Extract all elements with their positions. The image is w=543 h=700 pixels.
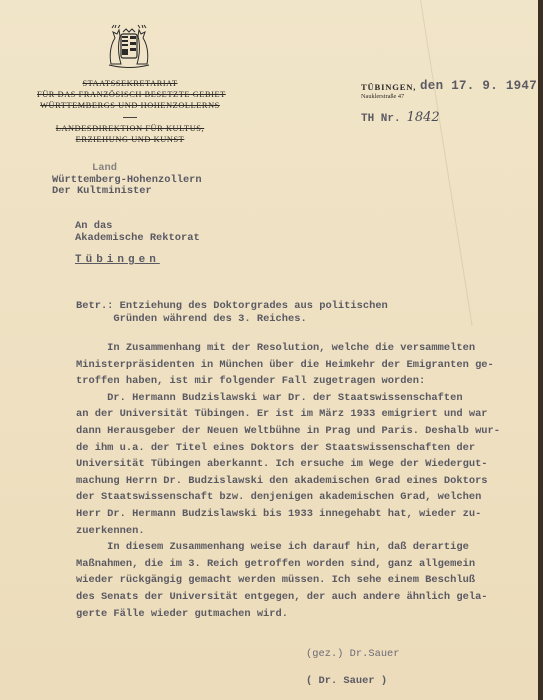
department-line-2: Erziehung und Kunst xyxy=(37,134,223,145)
body-line: de ihm u.a. der Titel eines Doktors der … xyxy=(76,440,516,457)
body-line: In diesem Zusammenhang weise ich darauf … xyxy=(76,539,516,556)
recipient-city: Tübingen xyxy=(75,254,160,266)
reference-number: TH Nr.1842 xyxy=(361,110,440,125)
body-line: an der Universität Tübingen. Er ist im M… xyxy=(76,406,516,423)
letter-page: Staatssekretariat Für das französisch be… xyxy=(0,0,538,700)
letterhead-city: TÜBINGEN, xyxy=(361,82,416,92)
recipient-line-2: Akademische Rektorat xyxy=(75,233,200,245)
body-line: Herr Dr. Hermann Budzislawski bis 1933 i… xyxy=(76,506,516,523)
letterhead-line-3: Württembergs und Hohenzollerns xyxy=(37,100,223,111)
letterhead-line-2: Für das französisch besetzte Gebiet xyxy=(37,89,223,100)
body-line: machung Herrn Dr. Budzislawski den akade… xyxy=(76,473,516,490)
department-line-1: Landesdirektion für Kultus, xyxy=(37,123,223,134)
paper-crease xyxy=(420,0,473,326)
recipient-line-1: An das xyxy=(75,221,200,233)
letter-body: In Zusammenhang mit der Resolution, welc… xyxy=(76,340,516,622)
body-line: In Zusammenhang mit der Resolution, welc… xyxy=(76,340,516,357)
body-line: zuerkennen. xyxy=(76,523,516,540)
handwritten-reference: 1842 xyxy=(407,110,440,125)
letter-date: den 17. 9. 1947 xyxy=(420,79,537,93)
body-line: Universität Tübingen aberkannt. Ich ersu… xyxy=(76,456,516,473)
body-line: troffen haben, ist mir folgender Fall zu… xyxy=(76,373,516,390)
letterhead-divider xyxy=(123,117,137,118)
page-edge-shadow xyxy=(538,0,543,700)
letterhead-street: Nauklerstraße 47 xyxy=(361,93,416,100)
body-line: dann Herausgeber der Neuen Weltbühne in … xyxy=(76,423,516,440)
sender-line-1: Land xyxy=(52,163,202,175)
body-line: gerte Fälle wieder gutmachen wird. xyxy=(76,606,516,623)
subject-block: Betr.: Entziehung des Doktorgrades aus p… xyxy=(76,300,388,326)
body-line: der Staatswissenschaft bzw. denjenigen a… xyxy=(76,489,516,506)
letterhead: Staatssekretariat Für das französisch be… xyxy=(37,78,223,145)
body-line: Maßnahmen, die im 3. Reich getroffen wor… xyxy=(76,556,516,573)
subject-label: Betr.: xyxy=(76,300,113,312)
letterhead-line-1: Staatssekretariat xyxy=(37,78,223,89)
recipient-block: An das Akademische Rektorat xyxy=(75,221,200,244)
sender-block: Land Württemberg-Hohenzollern Der Kultmi… xyxy=(52,163,202,198)
typed-signature: ( Dr. Sauer ) xyxy=(306,675,387,687)
letterhead-address: TÜBINGEN, Nauklerstraße 47 xyxy=(361,82,416,100)
reference-label: TH Nr. xyxy=(361,113,401,125)
body-line: Ministerpräsidenten in München über die … xyxy=(76,357,516,374)
signed-by-line: (gez.) Dr.Sauer xyxy=(306,648,400,660)
sender-line-3: Der Kultminister xyxy=(52,186,202,198)
body-line: des Senats der Universität entgegen, der… xyxy=(76,589,516,606)
subject-line-1: Entziehung des Doktorgrades aus politisc… xyxy=(120,300,388,312)
subject-line-2: Gründen während des 3. Reiches. xyxy=(113,313,306,325)
body-line: wieder rückgängig gemacht werden müssen.… xyxy=(76,572,516,589)
body-line: Dr. Hermann Budzislawski war Dr. der Sta… xyxy=(76,390,516,407)
coat-of-arms-icon xyxy=(103,24,155,68)
